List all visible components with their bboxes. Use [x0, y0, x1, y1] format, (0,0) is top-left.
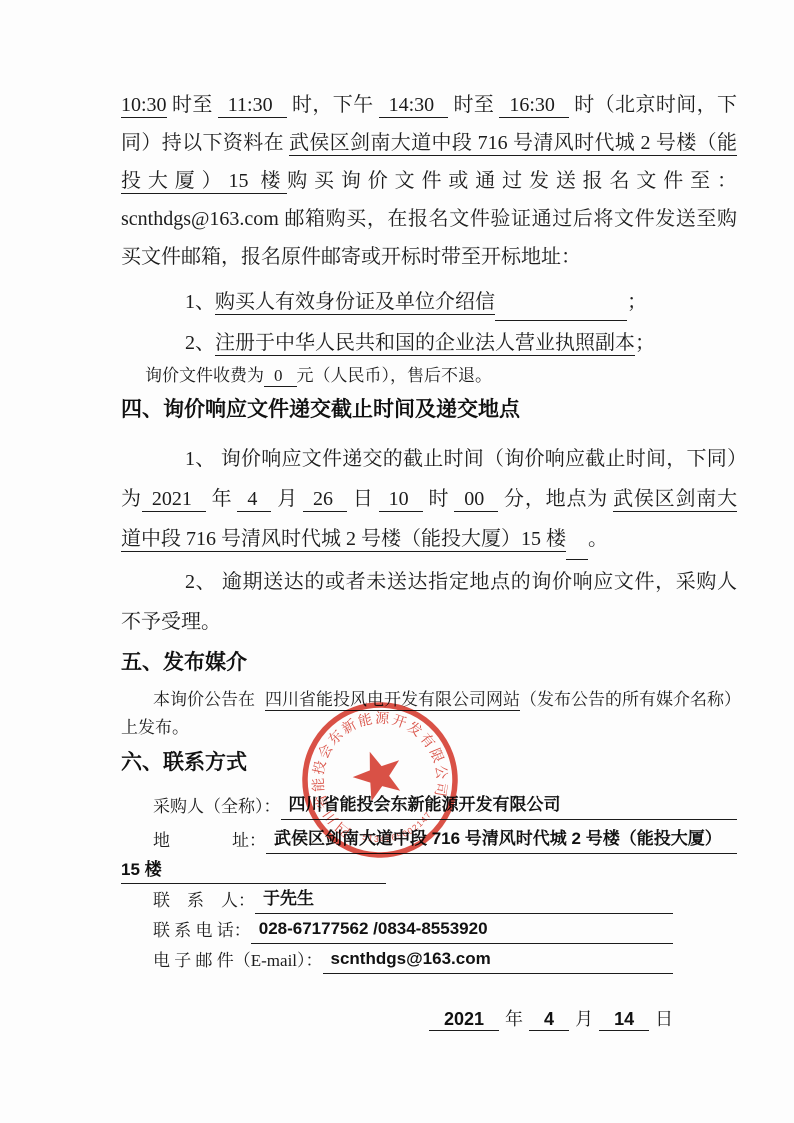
date-month: 4: [529, 1009, 569, 1031]
intro-joiner: 时，下午: [292, 94, 374, 116]
media-name: 四川省能投风电开发有限公司网站: [265, 690, 520, 711]
address-label-1: 地: [153, 828, 170, 854]
item-number: 1、: [185, 291, 215, 313]
contact-label: 联 系 人：: [153, 888, 255, 914]
deadline-month: 4: [237, 488, 271, 512]
address-value-2: 15 楼: [121, 858, 386, 884]
hour-label: 时: [428, 488, 450, 510]
deadline-paragraph: 1、 询价响应文件递交的截止时间（询价响应截止时间，下同）为2021年4月26日…: [121, 439, 737, 560]
buyer-label: 采购人（全称）：: [153, 794, 281, 820]
contact-person-row: 联 系 人： 于先生: [153, 884, 673, 914]
minute-label: 分，地点为: [503, 488, 608, 510]
address-value: 武侯区剑南大道中段 716 号清风时代城 2 号楼（能投大厦）: [266, 826, 737, 854]
buyer-row: 采购人（全称）： 四川省能投会东新能源开发有限公司: [153, 786, 737, 820]
time-afternoon-start: 14:30: [379, 94, 449, 118]
address-row-continued: 15 楼: [121, 854, 737, 884]
fee-pre: 询价文件收费为: [145, 366, 264, 385]
item-1-punct: ；: [627, 291, 647, 313]
time-morning-end: 11:30: [218, 94, 287, 118]
date-day-label: 日: [655, 1009, 673, 1029]
media-pre: 本询价公告在: [153, 690, 255, 709]
month-label: 月: [276, 488, 298, 510]
blank-underline: [566, 539, 588, 560]
section-6-heading: 六、联系方式: [121, 748, 737, 778]
date-year: 2021: [429, 1009, 499, 1031]
email-address: scnthdgs@163.com: [323, 946, 673, 974]
intro-paragraph: 10:30时至11:30时，下午14:30时至16:30时（北京时间，下同）持以…: [121, 86, 737, 276]
contact-name: 于先生: [255, 886, 673, 914]
deadline-minute: 00: [454, 488, 498, 512]
blank-underline: [495, 300, 627, 321]
buyer-name: 四川省能投会东新能源开发有限公司: [281, 792, 738, 820]
sentence-end: 。: [588, 528, 608, 550]
fee-post: 元（人民币），售后不退。: [297, 366, 493, 385]
section-4-heading: 四、询价响应文件递交截止时间及递交地点: [121, 395, 737, 425]
fee-line: 询价文件收费为0元（人民币），售后不退。: [145, 363, 737, 389]
fee-amount: 0: [264, 366, 297, 387]
intro-joiner: 时至: [453, 94, 494, 116]
deadline-hour: 10: [379, 488, 423, 512]
intro-joiner: 时至: [172, 94, 213, 116]
list-item-1: 1、购买人有效身份证及单位介绍信；: [185, 284, 737, 321]
signature-date: 2021年4月14日: [429, 1004, 737, 1034]
list-item-2: 2、注册于中华人民共和国的企业法人营业执照副本；: [185, 325, 737, 361]
date-day: 14: [599, 1009, 649, 1031]
year-label: 年: [211, 488, 233, 510]
media-paragraph: 本询价公告在四川省能投风电开发有限公司网站（发布公告的所有媒介名称）上发布。: [121, 686, 737, 742]
address-row: 地 址： 武侯区剑南大道中段 716 号清风时代城 2 号楼（能投大厦）: [153, 820, 737, 854]
deadline-year: 2021: [142, 488, 206, 512]
item-number: 2、: [185, 332, 215, 354]
time-morning-start: 10:30: [121, 94, 167, 118]
time-afternoon-end: 16:30: [499, 94, 569, 118]
date-year-label: 年: [505, 1009, 523, 1029]
item-2-text: 注册于中华人民共和国的企业法人营业执照副本: [215, 332, 635, 356]
item-2-punct: ；: [635, 332, 655, 354]
phone-label: 联 系 电 话：: [153, 918, 251, 944]
section-5-heading: 五、发布媒介: [121, 648, 737, 678]
late-delivery-paragraph: 2、 逾期送达的或者未送达指定地点的询价响应文件，采购人不予受理。: [121, 562, 737, 642]
email-label: 电 子 邮 件（E-mail）：: [153, 948, 323, 974]
phone-number: 028-67177562 /0834-8553920: [251, 916, 673, 944]
address-label-2: 址：: [232, 828, 266, 854]
deadline-day: 26: [303, 488, 347, 512]
date-month-label: 月: [575, 1009, 593, 1029]
document-page: 10:30时至11:30时，下午14:30时至16:30时（北京时间，下同）持以…: [0, 0, 794, 1123]
item-1-text: 购买人有效身份证及单位介绍信: [215, 291, 495, 315]
day-label: 日: [352, 488, 374, 510]
phone-row: 联 系 电 话： 028-67177562 /0834-8553920: [153, 914, 673, 944]
email-row: 电 子 邮 件（E-mail）： scnthdgs@163.com: [153, 944, 673, 974]
